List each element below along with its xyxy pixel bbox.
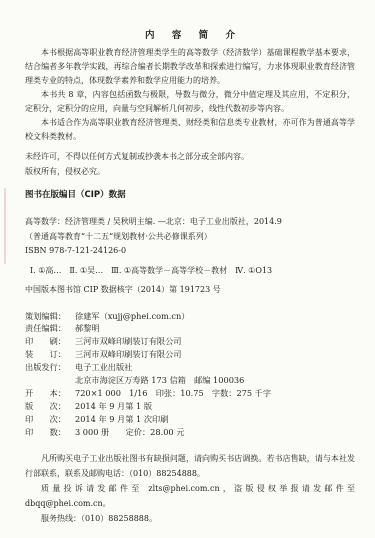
publication-row-label: 印 刷： bbox=[25, 335, 75, 348]
cip-title-line: 高等数学：经济管理类 / 吴秋明主编. —北京：电子工业出版社，2014.9 bbox=[25, 215, 355, 230]
cip-series-line: （普通高等教育“十二五”规划教材·公共必修课系列） bbox=[25, 230, 355, 245]
publication-row-value: 2014 年 9 月第 1 次印刷 bbox=[75, 414, 168, 424]
intro-paragraph: 本书根据高等职业教育经济管理类学生的高等数学（经济数学）基础课程教学基本要求，结… bbox=[25, 46, 355, 88]
publication-row-value: 3 000 册 定价：28.00 元 bbox=[75, 427, 184, 437]
publication-row-label: 装 订： bbox=[25, 348, 75, 361]
publication-row-label: 印 数： bbox=[25, 426, 75, 439]
publication-row-label: 印 次： bbox=[25, 413, 75, 426]
isbn-line: ISBN 978-7-121-24126-0 bbox=[25, 244, 355, 259]
cip-record: 高等数学：经济管理类 / 吴秋明主编. —北京：电子工业出版社，2014.9 （… bbox=[25, 215, 355, 298]
publisher-address: 北京市海淀区万寿路 173 信箱 邮编 100036 bbox=[75, 375, 244, 385]
publication-row-label: 版 次： bbox=[25, 400, 75, 413]
publication-row-label: 责任编辑： bbox=[25, 322, 75, 335]
publication-row: 策划编辑：徐建军（xujj@phei.com.cn） bbox=[25, 310, 355, 323]
publication-row: 责任编辑：郝黎明 bbox=[25, 322, 355, 335]
book-copyright-page: 内 容 简 介 本书根据高等职业教育经济管理类学生的高等数学（经济数学）基础课程… bbox=[0, 0, 375, 538]
copyright-notice: 未经许可，不得以任何方式复制或抄袭本书之部分或全部内容。 版权所有，侵权必究。 bbox=[25, 149, 355, 179]
publication-row-value: 郝黎明 bbox=[75, 323, 100, 333]
publication-row: 版 次：2014 年 9 月第 1 版 bbox=[25, 400, 355, 413]
publication-row: 印 刷：三河市双峰印刷装订有限公司 bbox=[25, 335, 355, 348]
publication-row: 装 订：三河市双峰印刷装订有限公司 bbox=[25, 348, 355, 361]
publication-row: 出版发行：电子工业出版社 bbox=[25, 361, 355, 374]
scan-artifact-mark bbox=[4, 188, 6, 264]
publication-row-value: 三河市双峰印刷装订有限公司 bbox=[75, 349, 181, 359]
intro-paragraph: 本书适合作为高等职业教育经济管理类、财经类和信息类专业教材，亦可作为普通高等学校… bbox=[25, 116, 355, 144]
publication-info: 策划编辑：徐建军（xujj@phei.com.cn） 责任编辑：郝黎明 印 刷：… bbox=[25, 310, 355, 439]
publication-row: 印 次：2014 年 9 月第 1 次印刷 bbox=[25, 413, 355, 426]
purchase-service-notes: 凡所购买电子工业出版社图书有缺损问题，请向购买书店调换。若书店售缺，请与本社发行… bbox=[25, 451, 355, 526]
cip-section: 图书在版编目（CIP）数据 高等数学：经济管理类 / 吴秋明主编. —北京：电子… bbox=[25, 189, 355, 298]
publication-row: 北京市海淀区万寿路 173 信箱 邮编 100036 bbox=[25, 374, 355, 387]
publication-row: 印 数：3 000 册 定价：28.00 元 bbox=[25, 426, 355, 439]
intro-paragraph: 本书共 8 章，内容包括函数与极限，导数与微分，微分中值定理及其应用，不定积分，… bbox=[25, 88, 355, 116]
purchase-note: 凡所购买电子工业出版社图书有缺损问题，请向购买书店调换。若书店售缺，请与本社发行… bbox=[25, 451, 355, 481]
cip-classification-line: Ⅰ. ①高… Ⅱ. ①吴… Ⅲ. ①高等数学－高等学校－教材 Ⅳ. ①O13 bbox=[25, 264, 355, 279]
copyright-line: 版权所有，侵权必究。 bbox=[25, 164, 355, 179]
publication-row-value: 三河市双峰印刷装订有限公司 bbox=[75, 336, 181, 346]
publication-row: 开 本：720×1 000 1/16 印张：10.75 字数：275 千字 bbox=[25, 387, 355, 400]
content-summary-section: 内 容 简 介 本书根据高等职业教育经济管理类学生的高等数学（经济数学）基础课程… bbox=[25, 30, 355, 144]
service-hotline-note: 服务热线：（010）88258888。 bbox=[25, 511, 355, 526]
cip-registry-line: 中国版本图书馆 CIP 数据核字（2014）第 191723 号 bbox=[25, 283, 355, 298]
publication-row-value: 720×1 000 1/16 印张：10.75 字数：275 千字 bbox=[75, 388, 271, 398]
publication-row-value: 2014 年 9 月第 1 版 bbox=[75, 401, 152, 411]
copyright-line: 未经许可，不得以任何方式复制或抄袭本书之部分或全部内容。 bbox=[25, 149, 355, 164]
publication-row-label: 出版发行： bbox=[25, 361, 75, 374]
publication-row-value: 徐建军（xujj@phei.com.cn） bbox=[75, 311, 189, 321]
cip-heading: 图书在版编目（CIP）数据 bbox=[25, 189, 355, 201]
publication-row-value: 电子工业出版社 bbox=[75, 362, 132, 372]
complaint-email-note: 质量投诉请发邮件至 zlts@phei.com.cn，盗版侵权举报请发邮件至 d… bbox=[25, 481, 355, 511]
content-summary-title: 内 容 简 介 bbox=[25, 30, 355, 42]
publication-row-label: 策划编辑： bbox=[25, 310, 75, 323]
publication-row-label: 开 本： bbox=[25, 387, 75, 400]
